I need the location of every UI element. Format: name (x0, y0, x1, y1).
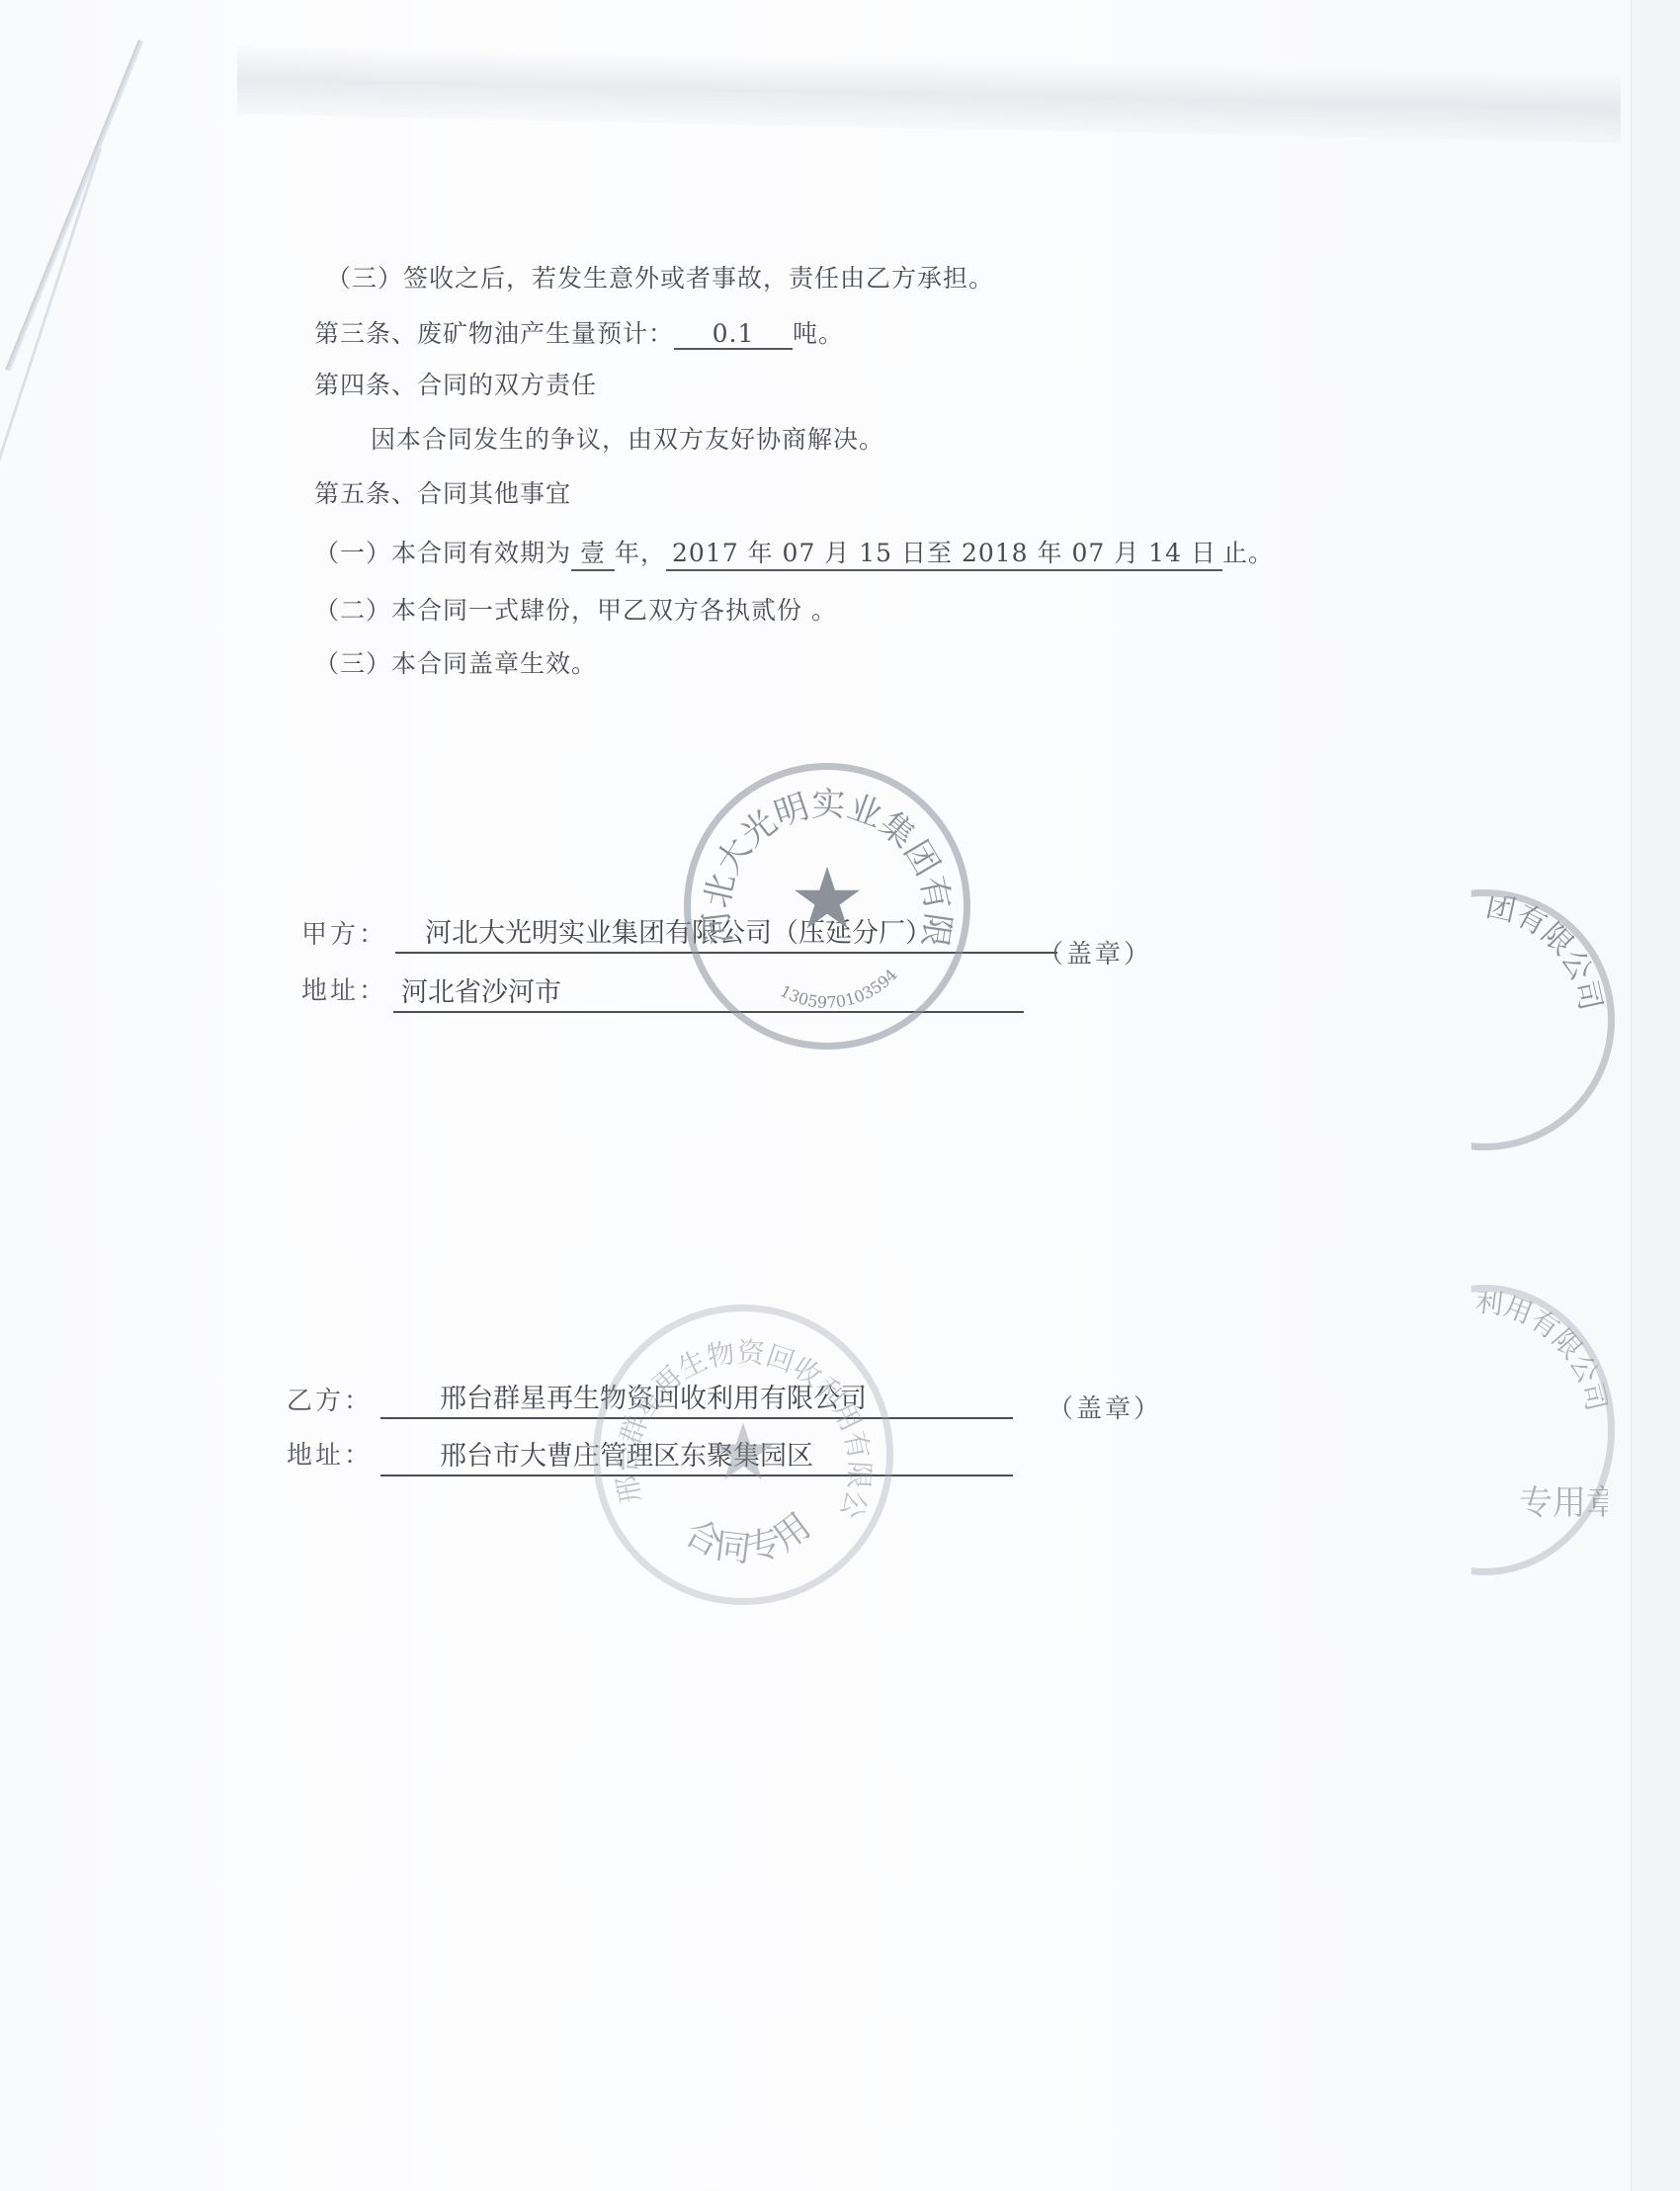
scan-shadow-band (237, 44, 1621, 142)
article-3-label: 第三条、废矿物油产生量预计： (314, 319, 674, 348)
edge-seal-b-text: 利用有限公司 (1473, 1292, 1608, 1414)
term-label: （一）本合同有效期为 (314, 539, 571, 567)
edge-seal-a-text: 团有限公司 (1482, 896, 1607, 1014)
clause-article-3: 第三条、废矿物油产生量预计：0.1吨。 (314, 314, 844, 350)
svg-text:利用有限公司: 利用有限公司 (1473, 1292, 1608, 1414)
party-a-seal-note: （盖章） (1038, 934, 1152, 970)
clause-2-3: （三）签收之后，若发生意外或者事故，责任由乙方承担。 (326, 259, 994, 295)
clause-5-3: （三）本合同盖章生效。 (314, 644, 597, 680)
seal-a-number: 1305970103594 (777, 966, 900, 1012)
party-b-seal-note: （盖章） (1048, 1389, 1162, 1425)
term-years-value: 壹 (571, 534, 615, 571)
term-period-value: 2017 年 07 月 15 日至 2018 年 07 月 14 日 (666, 534, 1222, 571)
article-4-title: 第四条、合同的双方责任 (314, 366, 597, 401)
star-icon: ★ (708, 1406, 779, 1498)
article-4-body: 因本合同发生的争议，由双方友好协商解决。 (371, 420, 884, 456)
contract-page: （三）签收之后，若发生意外或者事故，责任由乙方承担。 第三条、废矿物油产生量预计… (0, 0, 1631, 2191)
edge-seal-b-bottom: 专用章 (1519, 1483, 1608, 1523)
party-a-label: 甲方： (301, 914, 387, 951)
party-b-label: 乙方： (287, 1381, 373, 1417)
term-unit: 年， (615, 539, 666, 567)
party-b-contract-seal: 邢台群星再生物资回收利用有限公司 合同专用章 ★ (593, 1305, 893, 1605)
term-end: 止。 (1222, 539, 1274, 567)
svg-text:1305970103594: 1305970103594 (777, 966, 900, 1012)
clause-5-1: （一）本合同有效期为壹年，2017 年 07 月 15 日至 2018 年 07… (314, 534, 1274, 571)
article-5-title: 第五条、合同其他事宜 (314, 474, 571, 510)
star-icon: ★ (789, 850, 865, 949)
party-a-company-seal: 河北大光明实业集团有限公司 1305970103594 ★ (684, 763, 970, 1050)
scanner-edge (1631, 0, 1680, 2191)
article-3-unit: 吨。 (793, 319, 844, 348)
cross-page-seal-a: 团有限公司 (1354, 889, 1615, 1150)
svg-text:团有限公司: 团有限公司 (1482, 896, 1607, 1014)
party-a-address-label: 地址： (301, 970, 387, 1007)
clause-5-2: （二）本合同一式肆份，甲乙双方各执贰份 。 (314, 591, 837, 627)
cross-page-seal-b: 利用有限公司 专用章 (1354, 1285, 1615, 1575)
party-b-address-label: 地址： (287, 1435, 373, 1472)
oil-quantity-value: 0.1 (674, 319, 793, 350)
page-fold-line (5, 40, 143, 372)
